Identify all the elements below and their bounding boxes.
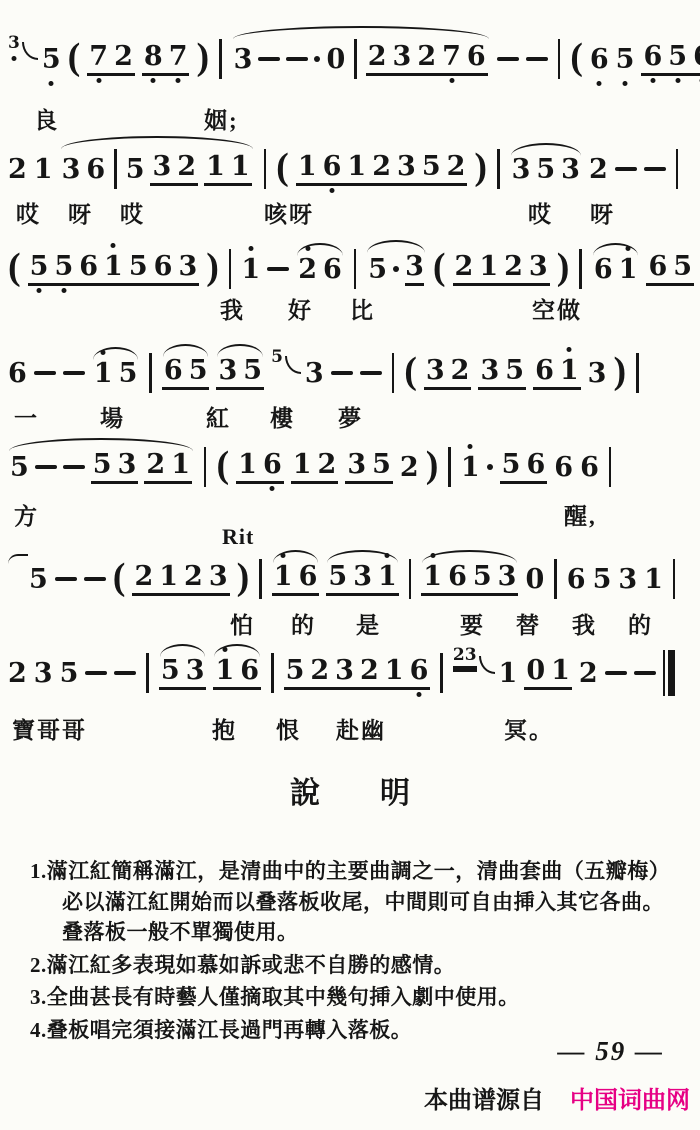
- lyric-syllable: 場: [100, 400, 125, 433]
- lyric-syllable: 恨: [276, 712, 301, 745]
- lyric-syllable: 樓: [270, 400, 295, 433]
- lyric-syllable: 呀: [590, 196, 615, 229]
- lyric-syllable: 的: [628, 607, 653, 640]
- explanation-notes: 1.滿江紅簡稱滿江，是清曲中的主要曲調之一，清曲套曲（五瓣梅）必以滿江紅開始而以…: [0, 856, 700, 1045]
- score-line-7: 2355316523216231012寶哥哥抱恨赴幽冥。: [8, 644, 696, 756]
- score-line-2: 213653211(1612352)3532哎呀哎咳呀哎呀: [8, 140, 696, 252]
- lyric-syllable: 替: [516, 607, 541, 640]
- page-number: — 59 —: [558, 1036, 665, 1067]
- lyric-syllable: 要: [460, 607, 485, 640]
- lyric-syllable: 空做: [532, 292, 582, 325]
- lyric-syllable: 咳呀: [264, 196, 314, 229]
- lyric-syllable: 寶哥哥: [12, 712, 87, 745]
- lyric-syllable: 夢: [338, 400, 363, 433]
- footer-watermark: 本曲谱源自 中国词曲网: [424, 1080, 690, 1115]
- lyric-syllable: 哎: [120, 196, 145, 229]
- lyric-syllable: 哎: [528, 196, 553, 229]
- lyric-syllable: 紅: [206, 400, 231, 433]
- lyric-syllable: 好: [288, 292, 313, 325]
- lyric-syllable: 方: [14, 498, 39, 531]
- lyric-syllable: 是: [356, 607, 381, 640]
- lyrics-row: 寶哥哥抱恨赴幽冥。: [8, 644, 696, 756]
- lyrics-row: 我好比空做: [8, 240, 696, 352]
- lyric-syllable: 冥。: [504, 712, 554, 745]
- sheet-music-page: 35(7287)3023276(656567)良姻;213653211(1612…: [0, 0, 700, 1130]
- lyric-syllable: 我: [220, 292, 245, 325]
- explanation-note-3: 3.全曲甚長有時藝人僅摘取其中幾句挿入劇中使用。: [62, 982, 674, 1013]
- score-line-3: (5561563)12653(2123)61653我好比空做: [8, 240, 696, 352]
- lyric-syllable: 的: [291, 607, 316, 640]
- lyric-syllable: 呀: [68, 196, 93, 229]
- explanation-section: 說明 1.滿江紅簡稱滿江，是清曲中的主要曲調之一，清曲套曲（五瓣梅）必以滿江紅開…: [0, 768, 700, 1047]
- lyric-syllable: 醒,: [564, 498, 597, 531]
- lyric-syllable: 姻;: [204, 102, 239, 135]
- explanation-note-1: 1.滿江紅簡稱滿江，是清曲中的主要曲調之一，清曲套曲（五瓣梅）必以滿江紅開始而以…: [62, 856, 674, 948]
- explanation-title: 說明: [0, 768, 700, 812]
- lyric-syllable: 抱: [212, 712, 237, 745]
- tempo-marking: Rit: [222, 524, 254, 550]
- score-line-5: 55321(1612352)15666方Rit醒,: [8, 438, 696, 550]
- explanation-note-2: 2.滿江紅多表現如慕如訴或悲不自勝的感情。: [62, 950, 674, 981]
- lyric-syllable: 比: [350, 292, 375, 325]
- lyric-syllable: 怕: [230, 607, 255, 640]
- lyric-syllable: 一: [14, 400, 39, 433]
- lyrics-row: 良姻;: [8, 30, 696, 142]
- lyric-syllable: 良: [34, 102, 59, 135]
- lyric-syllable: 赴幽: [336, 712, 386, 745]
- footer-source-label: 本曲谱源自: [424, 1080, 544, 1115]
- lyrics-row: 方Rit醒,: [8, 438, 696, 550]
- footer-site-name: 中国词曲网: [570, 1080, 690, 1115]
- lyric-syllable: 哎: [16, 196, 41, 229]
- score-line-1: 35(7287)3023276(656567)良姻;: [8, 30, 696, 142]
- lyrics-row: 哎呀哎咳呀哎呀: [8, 140, 696, 252]
- lyric-syllable: 我: [572, 607, 597, 640]
